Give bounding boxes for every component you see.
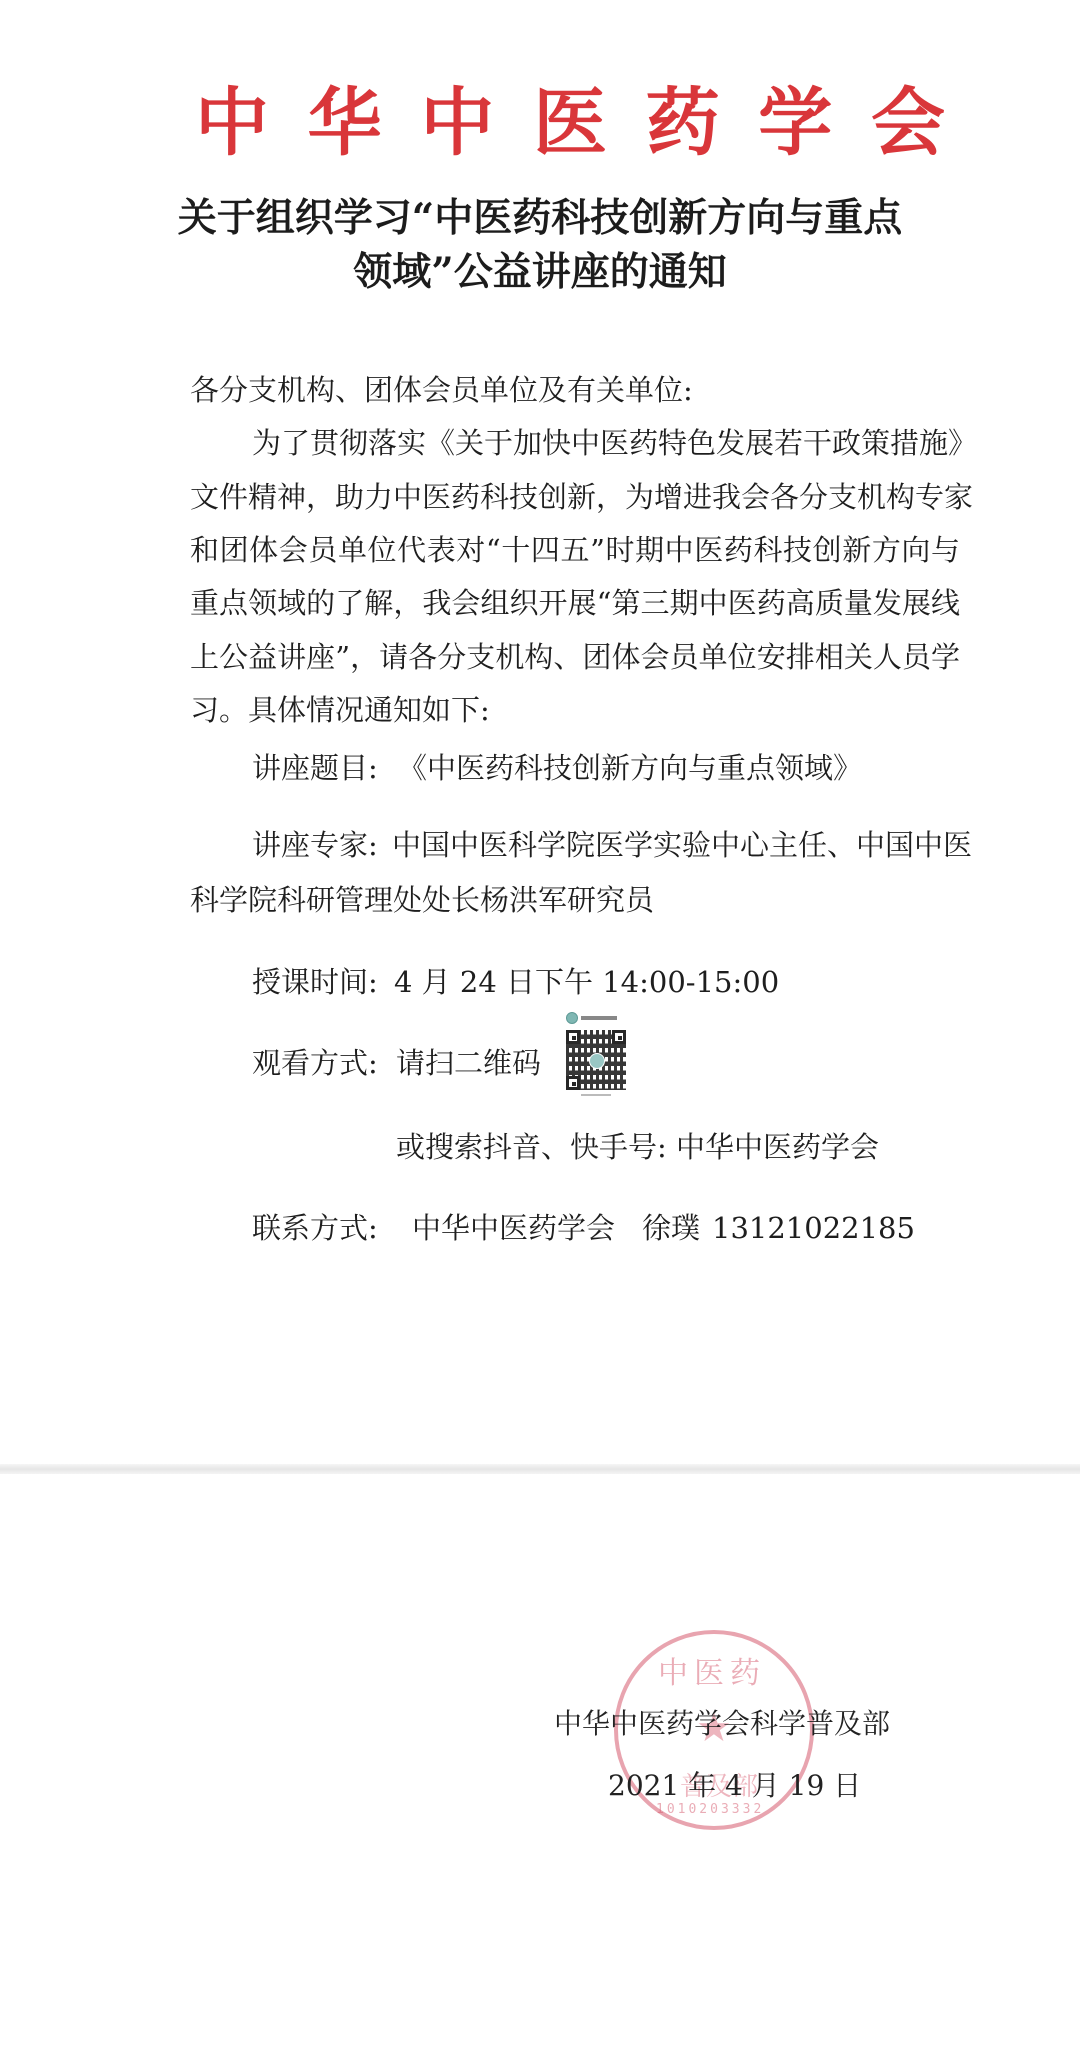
expert-label: 讲座专家: [252,825,378,865]
org-char: 中 [420,78,494,168]
document-title-line-2: 领域”公益讲座的通知 [0,248,1080,296]
seal-text-top: 中医药 [658,1648,766,1692]
signature-department: 中华中医药学会科学普及部 [554,1704,890,1744]
paragraph-line: 文件精神，助力中医药科技创新，为增进我会各分支机构专家 [190,477,960,517]
signature-date: 2021 年 4 月 19 日 [608,1766,861,1806]
paragraph-line: 重点领域的了解，我会组织开展“第三期中医药高质量发展线 [190,583,960,623]
qr-code-icon [566,1030,626,1090]
time-label: 授课时间: [252,962,378,1002]
paragraph-line: 和团体会员单位代表对“十四五”时期中医药科技创新方向与 [190,530,960,570]
watch-value: 请扫二维码 [396,1043,541,1083]
org-char: 医 [533,78,607,168]
contact-phone: 13121022185 [712,1208,915,1248]
contact-person: 徐璞 [642,1208,700,1248]
paragraph-line: 上公益讲座”，请各分支机构、团体会员单位安排相关人员学 [190,637,960,677]
qr-finder-icon [566,1076,580,1090]
org-char: 会 [871,78,945,168]
time-value: 4 月 24 日下午 14:00-15:00 [394,962,779,1002]
salutation: 各分支机构、团体会员单位及有关单位: [190,370,693,410]
watch-label: 观看方式: [252,1043,378,1083]
paragraph-line: 习。具体情况通知如下: [190,690,490,730]
org-char: 中 [195,78,269,168]
org-header: 中 华 中 医 药 学 会 [195,78,945,168]
page-divider [0,1464,1080,1474]
expert-value-line-2: 科学院科研管理处处长杨洪军研究员 [190,880,654,920]
qr-caption [581,1016,617,1020]
contact-org: 中华中医药学会 [412,1208,615,1248]
qr-header [566,1012,636,1024]
document-title-line-1: 关于组织学习“中医药科技创新方向与重点 [0,194,1080,242]
expert-value-line-1: 中国中医科学院医学实验中心主任、中国中医 [392,825,960,865]
contact-label: 联系方式: [252,1208,378,1248]
watch-alternative: 或搜索抖音、快手号: 中华中医药学会 [396,1127,879,1167]
qr-center-logo-icon [589,1053,605,1069]
topic-label: 讲座题目: [252,748,378,788]
qr-finder-icon [612,1030,626,1044]
qr-code[interactable] [566,1012,636,1100]
org-char: 学 [758,78,832,168]
qr-logo-icon [566,1012,578,1024]
qr-finder-icon [566,1030,580,1044]
qr-footer [581,1094,611,1096]
topic-value: 《中医药科技创新方向与重点领域》 [398,748,862,788]
paragraph-line: 为了贯彻落实《关于加快中医药特色发展若干政策措施》 [252,423,960,463]
org-char: 华 [308,78,382,168]
org-char: 药 [646,78,720,168]
